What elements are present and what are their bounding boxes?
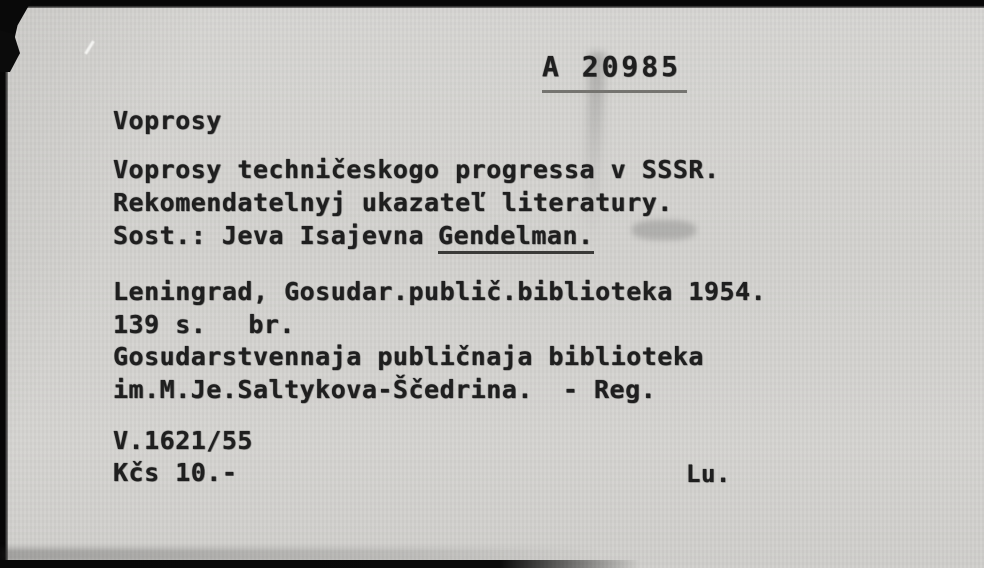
call-number: A 20985 [542,50,687,93]
heading-word: Voprosy [113,106,222,135]
title-line-2: Rekomendatelnyj ukazateľ literatury. [113,186,720,219]
paper-scratch [84,40,94,54]
institution-line-2: im.M.Je.Saltykova-Ščedrina.- Reg. [113,374,766,407]
binding-note: br. [248,310,295,339]
collation-line: 139 s.br. [113,309,766,342]
imprint-block: Leningrad, Gosudar.publič.biblioteka 195… [113,276,766,406]
scan-edge-bottom [0,560,640,568]
byline-prefix: Sost.: Jeva Isajevna [113,221,424,250]
cataloguer-initials: Lu. [686,460,731,488]
scan-edge-top [0,0,984,8]
institution-name: im.M.Je.Saltykova-Ščedrina. [113,375,533,404]
shelf-number: V.1621/55 [113,426,253,455]
byline: Sost.: Jeva IsajevnaGendelman. [113,219,720,252]
catalog-card-scan: A 20985 Voprosy Voprosy techničeskogo pr… [0,0,984,568]
scan-notch-left [0,30,20,72]
imprint-place-publisher: Leningrad, Gosudar.publič.biblioteka 195… [113,276,766,309]
price: Kčs 10.- [113,458,237,487]
title-block: Voprosy techničeskogo progressa v SSSR. … [113,153,720,252]
page-count: 139 s. [113,310,206,339]
byline-author-name: Gendelman. [438,221,594,254]
institution-line-1: Gosudarstvennaja publičnaja biblioteka [113,341,766,374]
registration-note: - Reg. [563,375,656,404]
title-line-1: Voprosy techničeskogo progressa v SSSR. [113,153,720,186]
scan-edge-left [0,0,8,568]
